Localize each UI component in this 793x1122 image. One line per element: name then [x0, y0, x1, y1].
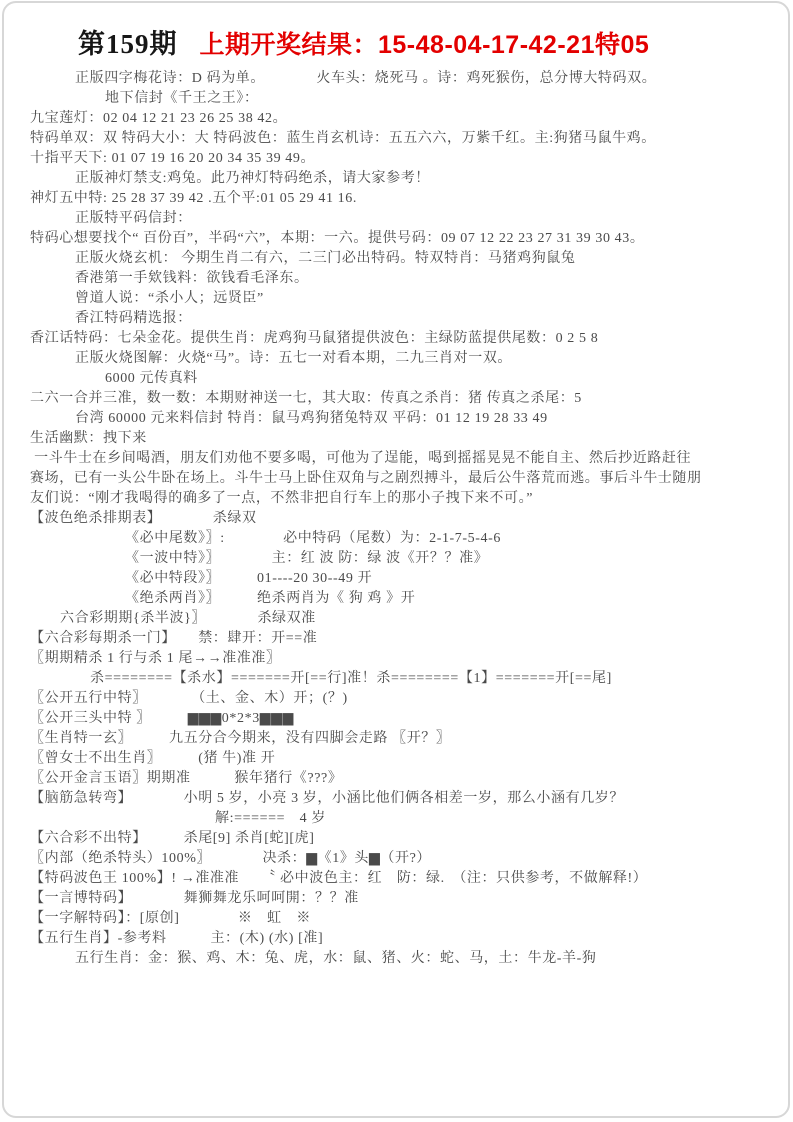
text-line: 【一言博特码】 舞狮舞龙乐呵呵開：？？准: [30, 889, 760, 909]
text-line: 〖内部（绝杀特头）100%〗 决杀：▆《1》头▆（开?）: [30, 849, 760, 869]
last-draw-result: 上期开奖结果：15-48-04-17-42-21特05: [200, 25, 650, 61]
text-line: 正版火烧图解：火烧“马”。诗：五七一对看本期，二九三肖对一双。: [30, 349, 760, 369]
text-line: 〖生肖特一玄〗 九五分合今期来，没有四脚会走路 〖开？〗: [30, 729, 760, 749]
text-line: 一斗牛士在乡间喝酒，朋友们劝他不要多喝，可他为了逞能，喝到摇摇晃晃不能自主、然后…: [30, 449, 760, 469]
text-line: 十指平天下: 01 07 19 16 20 20 34 35 39 49。: [30, 149, 760, 169]
page-header: 第159期 上期开奖结果：15-48-04-17-42-21特05: [30, 22, 760, 61]
text-line: 地下信封《千王之王》：: [30, 89, 760, 109]
text-line: 友们说：“刚才我喝得的确多了一点，不然非把自行车上的那小子拽下来不可。”: [30, 489, 760, 509]
text-line: 正版特平码信封：: [30, 209, 760, 229]
text-line: 九宝莲灯：02 04 12 21 23 26 25 38 42。: [30, 109, 760, 129]
text-line: 〖公开三头中特 〗 ▆▆▆0*2*3▆▆▆: [30, 709, 760, 729]
text-line: 赛场，已有一头公牛卧在场上。斗牛士马上卧住双角与之剧烈搏斗，最后公牛落荒而逃。事…: [30, 469, 760, 489]
text-line: 特码心想要找个“ 百份百”，半码“六”，本期：一六。提供号码：09 07 12 …: [30, 229, 760, 249]
text-line: 台湾 60000 元来料信封 特肖：鼠马鸡狗猪兔特双 平码：01 12 19 2…: [30, 409, 760, 429]
text-line: 【六合彩不出特】 杀尾[9] 杀肖[蛇][虎]: [30, 829, 760, 849]
text-line: 神灯五中特: 25 28 37 39 42 .五个平:01 05 29 41 1…: [30, 189, 760, 209]
text-line: 香江特码精选报：: [30, 309, 760, 329]
text-line: 二六一合并三准，数一数：本期财神送一七，其大取：传真之杀肖：猪 传真之杀尾：5: [30, 389, 760, 409]
text-line: 6000 元传真料: [30, 369, 760, 389]
text-line: 【一字解特码】：[原创] ※ 虹 ※: [30, 909, 760, 929]
text-line: 香港第一手欸钱料：欲钱看毛泽东。: [30, 269, 760, 289]
text-line: 【五行生肖】-参考料 主：(木) (水) [准]: [30, 929, 760, 949]
text-line: 《绝杀两肖》〗 绝杀两肖为《 狗 鸡 》开: [30, 589, 760, 609]
text-line: 正版火烧玄机： 今期生肖二有六，二三门必出特码。特双特肖：马猪鸡狗鼠兔: [30, 249, 760, 269]
text-line: 【波色绝杀排期表】 杀绿双: [30, 509, 760, 529]
text-line: 解:====== 4 岁: [30, 809, 760, 829]
text-line: 生活幽默：拽下来: [30, 429, 760, 449]
text-line: 曾道人说：“杀小人；远贤臣”: [30, 289, 760, 309]
text-line: 香江话特码：七朵金花。提供生肖：虎鸡狗马鼠猪提供波色：主绿防蓝提供尾数：0 2 …: [30, 329, 760, 349]
text-line: 《必中特段》〗 01----20 30--49 开: [30, 569, 760, 589]
lottery-tip-sheet: 第159期 上期开奖结果：15-48-04-17-42-21特05 正版四字梅花…: [30, 22, 760, 969]
text-line: 六合彩期期{杀半波}〗 杀绿双准: [30, 609, 760, 629]
text-line: 特码单双：双 特码大小：大 特码波色：蓝生肖玄机诗：五五六六，万紫千红。主:狗猪…: [30, 129, 760, 149]
text-line: 五行生肖：金：猴、鸡、木：兔、虎，水：鼠、猪、火：蛇、马，土：牛龙-羊-狗: [30, 949, 760, 969]
text-line: 〖曾女士不出生肖〗 (猪 牛)准 开: [30, 749, 760, 769]
text-line: 正版神灯禁支:鸡兔。此乃神灯特码绝杀，请大家参考！: [30, 169, 760, 189]
issue-number: 第159期: [78, 22, 178, 61]
text-line: 〖公开五行中特〗 （土、金、木）开；(？): [30, 689, 760, 709]
text-line: 〖期期精杀 1 行与杀 1 尾→→准准准〗: [30, 649, 760, 669]
text-line: 【六合彩每期杀一门】 禁：肆开：开==准: [30, 629, 760, 649]
text-line: 〖公开金言玉语〗期期准 猴年猪行《???》: [30, 769, 760, 789]
text-line: 正版四字梅花诗：D 码为单。 火车头：烧死马 。诗：鸡死猴伤，总分博大特码双。: [30, 69, 760, 89]
text-line: 杀========【杀水】=======开[==行]准！杀========【1】…: [30, 669, 760, 689]
document-lines: 正版四字梅花诗：D 码为单。 火车头：烧死马 。诗：鸡死猴伤，总分博大特码双。地…: [30, 69, 760, 969]
text-line: 【特码波色王 100%】! →准准准 〝 必中波色主：红 防：绿. （注：只供参…: [30, 869, 760, 889]
text-line: 【脑筋急转弯】 小明 5 岁，小亮 3 岁，小涵比他们俩各相差一岁，那么小涵有几…: [30, 789, 760, 809]
text-line: 《一波中特》〗 主：红 波 防：绿 波《开？？准》: [30, 549, 760, 569]
text-line: 《必中尾数》〗: 必中特码（尾数）为：2-1-7-5-4-6: [30, 529, 760, 549]
